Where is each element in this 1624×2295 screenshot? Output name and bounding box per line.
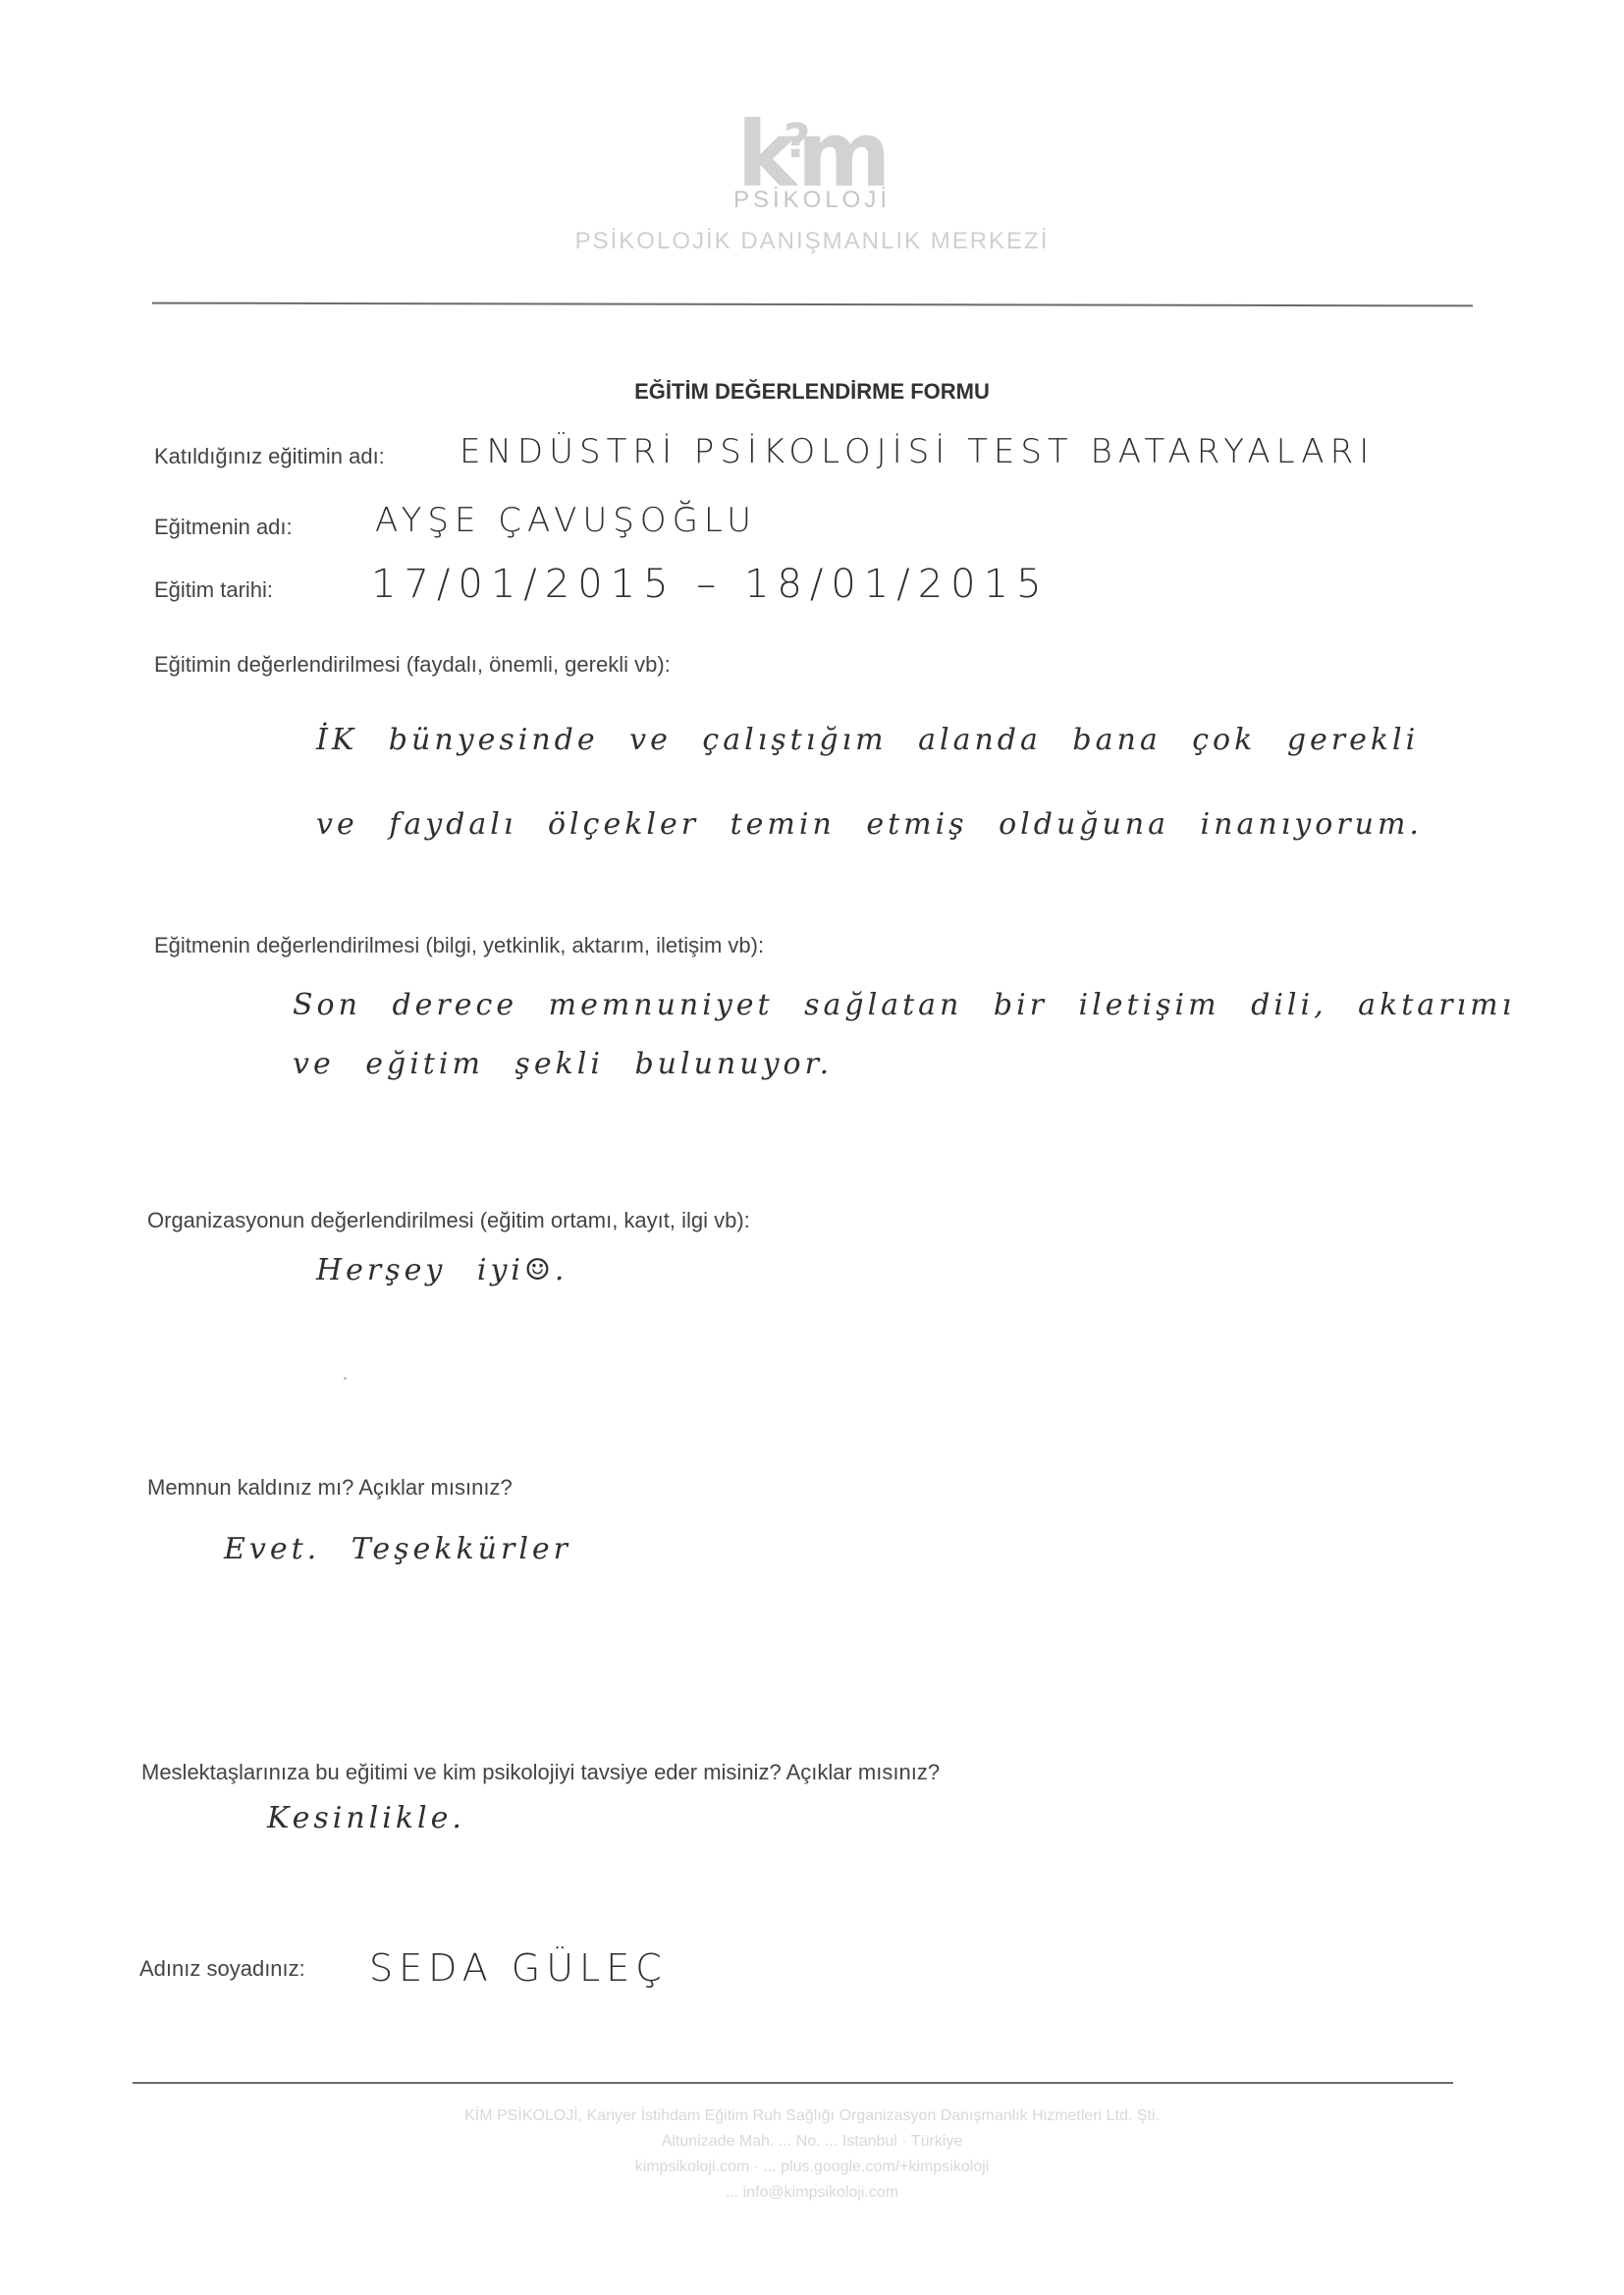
footer-web-line: kimpsikoloji.com · ... plus.google.com/+… [0, 2158, 1624, 2176]
satisfaction-value[interactable]: Evet. Teşekkürler [224, 1532, 571, 1566]
training-name-label: Katıldığınız eğitimin adı: [154, 444, 385, 469]
training-date-value[interactable]: 17/01/2015 – 18/01/2015 [371, 562, 1050, 607]
footer-address-line: Altunizade Mah. ... No. ... Istanbul · T… [0, 2133, 1624, 2151]
recommendation-value[interactable]: Kesinlikle. [267, 1801, 465, 1835]
logo-tagline: PSİKOLOJİK DANIŞMANLIK MERKEZİ [0, 228, 1624, 255]
footer-company-line: KİM PSİKOLOJİ, Kariyer İstihdam Eğitim R… [0, 2107, 1624, 2125]
trainer-name-label: Eğitmenin adı: [154, 515, 293, 540]
footer-contact-line: ... info@kimpsikoloji.com [0, 2184, 1624, 2202]
organization-evaluation-label: Organizasyonun değerlendirilmesi (eğitim… [147, 1208, 750, 1233]
logo-wordmark: PSİKOLOJİ [0, 187, 1624, 214]
training-date-label: Eğitim tarihi: [154, 577, 273, 603]
header-divider [152, 302, 1473, 307]
scan-speck [344, 1377, 347, 1380]
trainer-evaluation-line-1[interactable]: Son derece memnuniyet sağlatan bir ileti… [293, 988, 1515, 1022]
training-name-value[interactable]: ENDÜSTRİ PSİKOLOJİSİ TEST BATARYALARI [460, 432, 1375, 471]
training-evaluation-line-2[interactable]: ve faydalı ölçekler temin etmiş olduğuna… [316, 807, 1423, 842]
training-evaluation-line-1[interactable]: İK bünyesinde ve çalıştığım alanda bana … [316, 723, 1419, 757]
logo-mark-question: ? [784, 114, 807, 169]
organization-evaluation-value[interactable]: Herşey iyi☺. [316, 1253, 568, 1287]
satisfaction-label: Memnun kaldınız mı? Açıklar mısınız? [147, 1475, 513, 1501]
training-evaluation-label: Eğitimin değerlendirilmesi (faydalı, öne… [154, 652, 671, 678]
trainer-name-value[interactable]: AYŞE ÇAVUŞOĞLU [375, 501, 757, 540]
full-name-value[interactable]: SEDA GÜLEÇ [369, 1946, 668, 1990]
full-name-label: Adınız soyadınız: [139, 1956, 305, 1982]
recommendation-label: Meslektaşlarınıza bu eğitimi ve kim psik… [141, 1760, 940, 1785]
trainer-evaluation-label: Eğitmenin değerlendirilmesi (bilgi, yetk… [154, 933, 764, 958]
trainer-evaluation-line-2[interactable]: ve eğitim şekli bulunuyor. [293, 1047, 833, 1081]
footer-divider [133, 2082, 1453, 2084]
form-title: EĞİTİM DEĞERLENDİRME FORMU [0, 379, 1624, 405]
